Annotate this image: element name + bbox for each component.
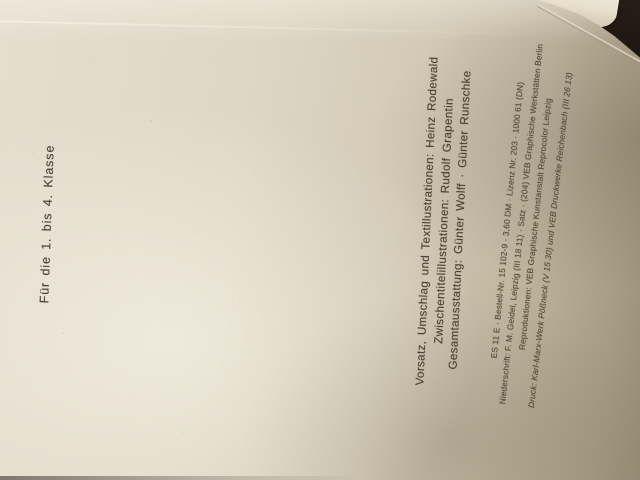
page-bottom-edge — [0, 476, 360, 480]
page-top-crease — [0, 20, 550, 36]
photo-frame: Für die 1. bis 4. Klasse Vorsatz, Umschl… — [0, 0, 640, 480]
book-page: Für die 1. bis 4. Klasse Vorsatz, Umschl… — [0, 0, 640, 480]
paper-texture — [0, 0, 2, 2]
audience-note: Für die 1. bis 4. Klasse — [37, 144, 57, 303]
